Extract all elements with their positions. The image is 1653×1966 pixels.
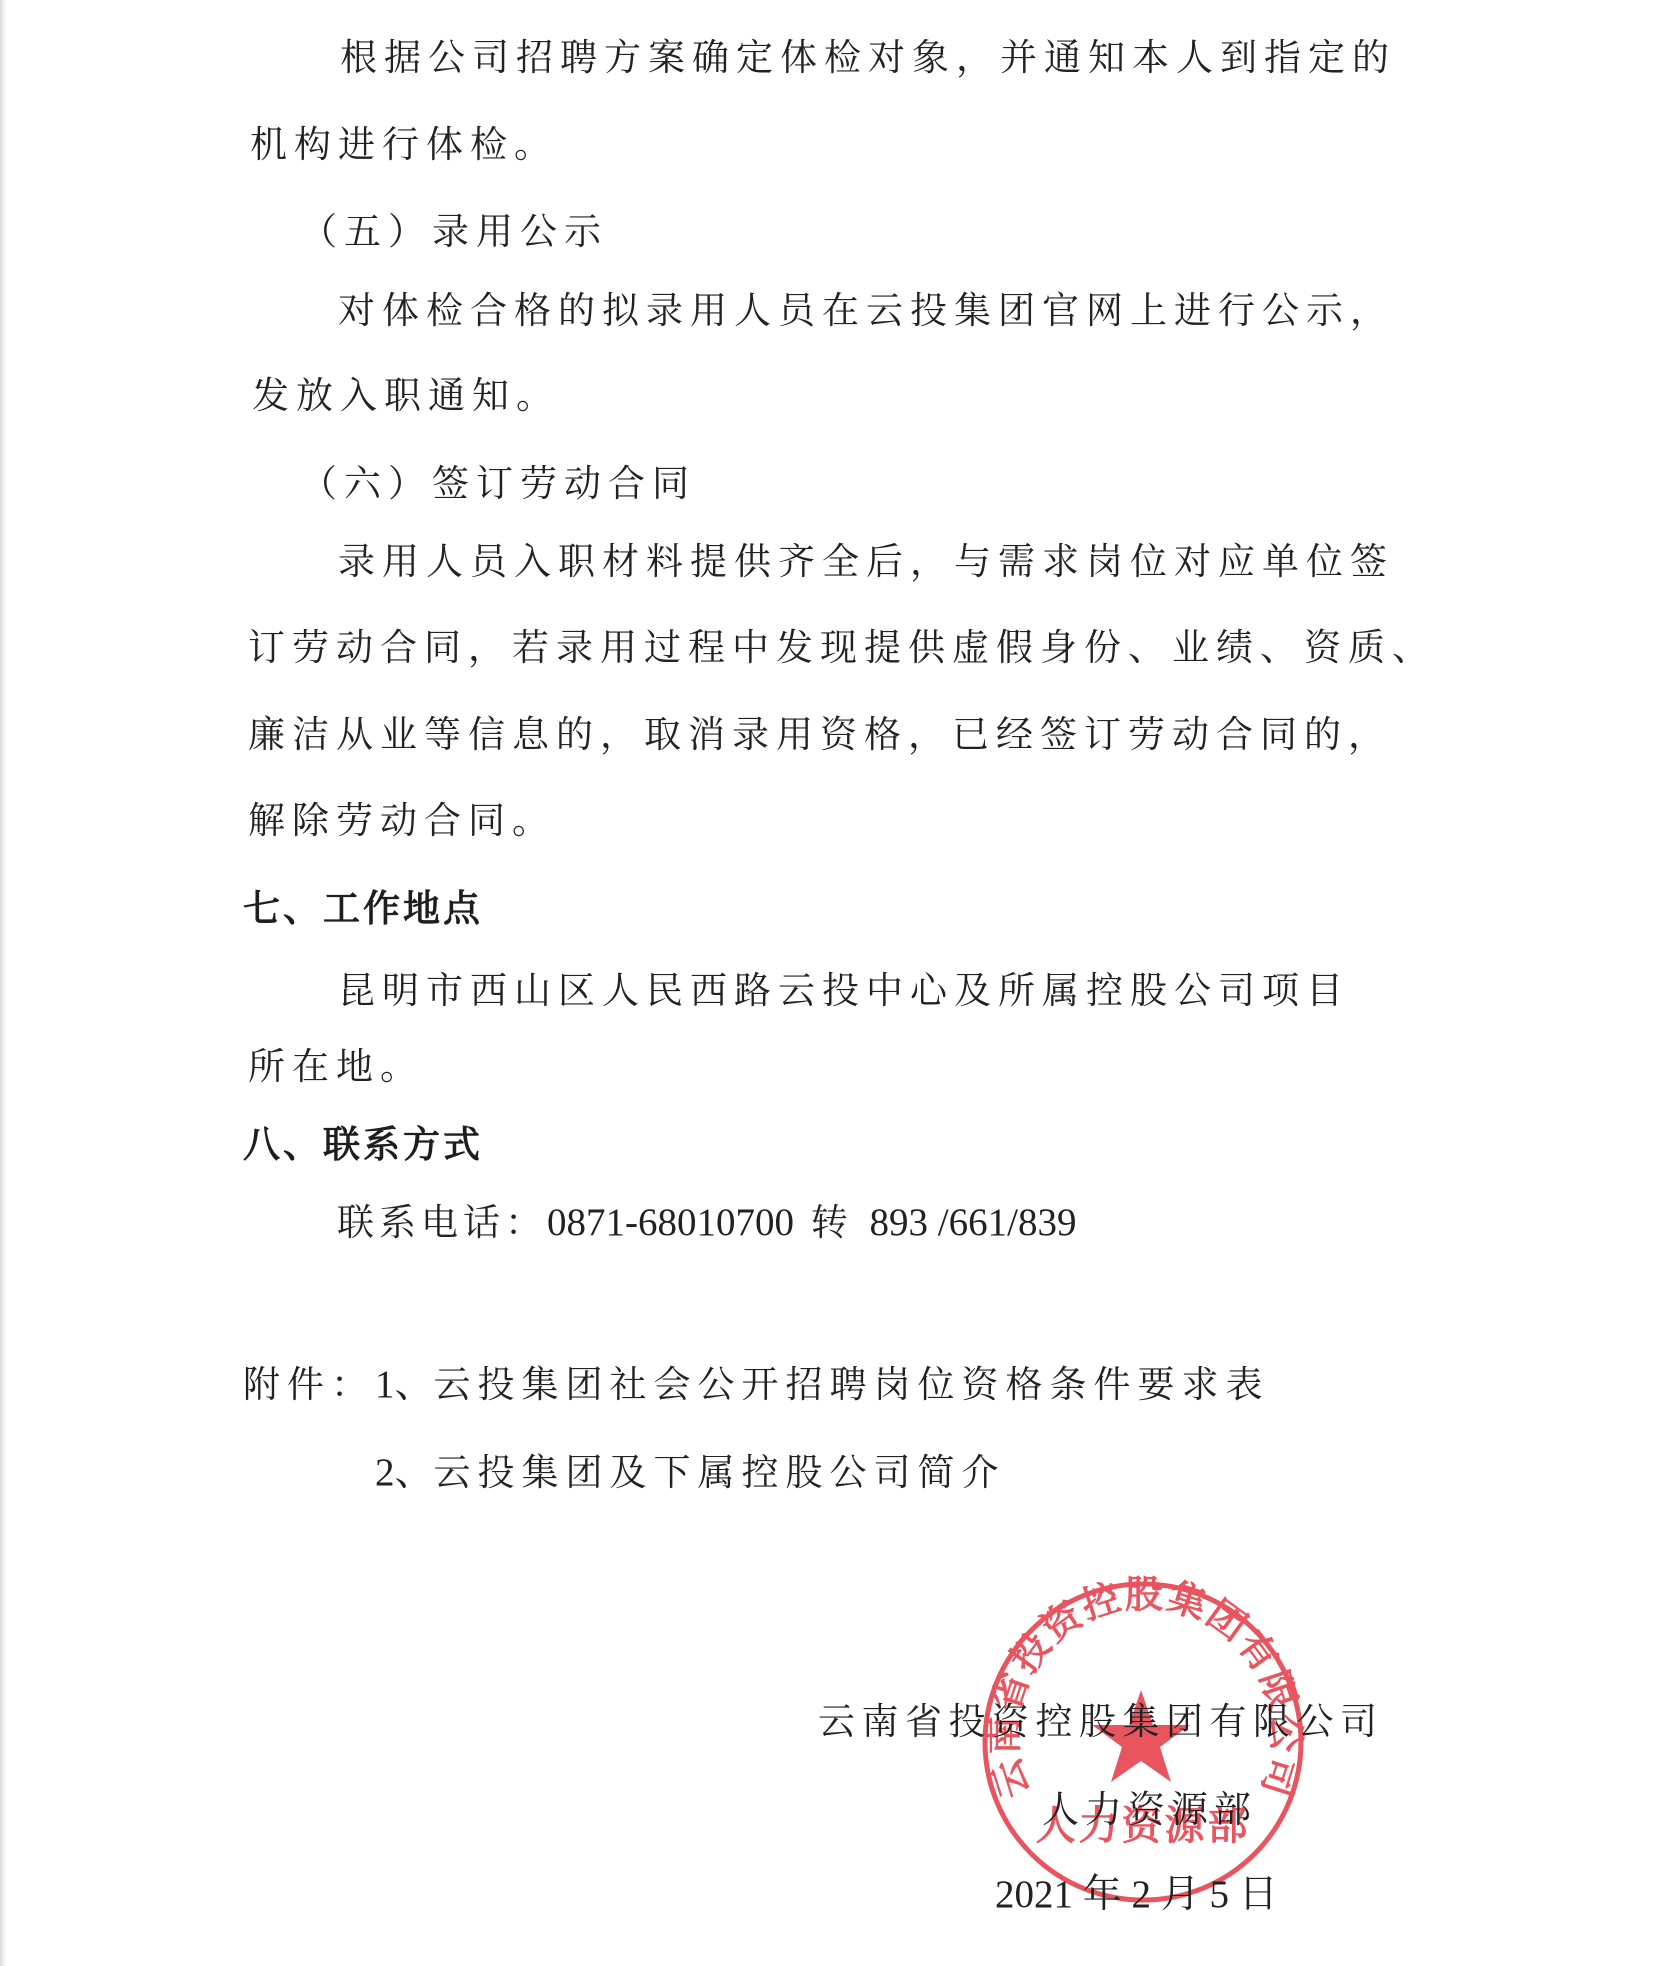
signature-department: 人力资源部 xyxy=(1042,1788,1257,1832)
work-location-text: 昆明市西山区人民西路云投中心及所属控股公司项目 xyxy=(338,969,1350,1013)
attachment-index: 2、 xyxy=(375,1451,434,1494)
date-text: 2021 年 2 月 5 日 xyxy=(995,1873,1278,1916)
scan-edge-shadow xyxy=(0,0,7,1966)
signature-company: 云南省投资控股集团有限公司 xyxy=(818,1700,1384,1744)
attachment-label: 附件： xyxy=(243,1363,375,1406)
subheading-publicity: （五）录用公示 xyxy=(300,210,608,254)
attachment-line: 附件：1、云投集团社会公开招聘岗位资格条件要求表 xyxy=(243,1363,1270,1407)
official-seal-stamp: 云南省投资控股集团有限公司 人力资源部 xyxy=(975,1574,1315,1914)
paragraph-line: 根据公司招聘方案确定体检对象，并通知本人到指定的 xyxy=(340,36,1396,80)
phone-number: 0871-68010700 xyxy=(547,1201,794,1244)
extension-numbers: 893 /661/839 xyxy=(870,1201,1077,1244)
paragraph-line: 发放入职通知。 xyxy=(252,374,560,418)
attachment-title: 云投集团及下属控股公司简介 xyxy=(434,1451,1006,1494)
paragraph-line: 录用人员入职材料提供齐全后，与需求岗位对应单位签 xyxy=(338,540,1394,584)
section-heading-contact: 八、联系方式 xyxy=(243,1123,483,1167)
paragraph-line: 对体检合格的拟录用人员在云投集团官网上进行公示， xyxy=(338,289,1394,333)
subheading-contract: （六）签订劳动合同 xyxy=(300,462,696,506)
phone-label: 联系电话： xyxy=(337,1201,547,1244)
contact-phone-line: 联系电话：0871-68010700 转 893 /661/839 xyxy=(337,1201,1076,1245)
signature-date: 2021 年 2 月 5 日 xyxy=(995,1873,1278,1917)
seal-outer-text: 云南省投资控股集团有限公司 xyxy=(982,1574,1308,1803)
paragraph-line: 订劳动合同，若录用过程中发现提供虚假身份、业绩、资质、 xyxy=(248,626,1436,670)
attachment-line: 2、云投集团及下属控股公司简介 xyxy=(375,1451,1006,1495)
svg-text:云南省投资控股集团有限公司: 云南省投资控股集团有限公司 xyxy=(982,1574,1308,1803)
attachment-title: 云投集团社会公开招聘岗位资格条件要求表 xyxy=(434,1363,1270,1406)
paragraph-line: 机构进行体检。 xyxy=(250,123,558,167)
document-page: 根据公司招聘方案确定体检对象，并通知本人到指定的 机构进行体检。 （五）录用公示… xyxy=(0,0,1653,1966)
paragraph-line: 廉洁从业等信息的，取消录用资格，已经签订劳动合同的， xyxy=(248,713,1392,757)
extension-label: 转 xyxy=(811,1201,853,1244)
work-location-text: 所在地。 xyxy=(248,1045,424,1089)
section-heading-work-location: 七、工作地点 xyxy=(243,887,483,931)
paragraph-line: 解除劳动合同。 xyxy=(248,799,556,843)
attachment-index: 1、 xyxy=(375,1363,434,1406)
